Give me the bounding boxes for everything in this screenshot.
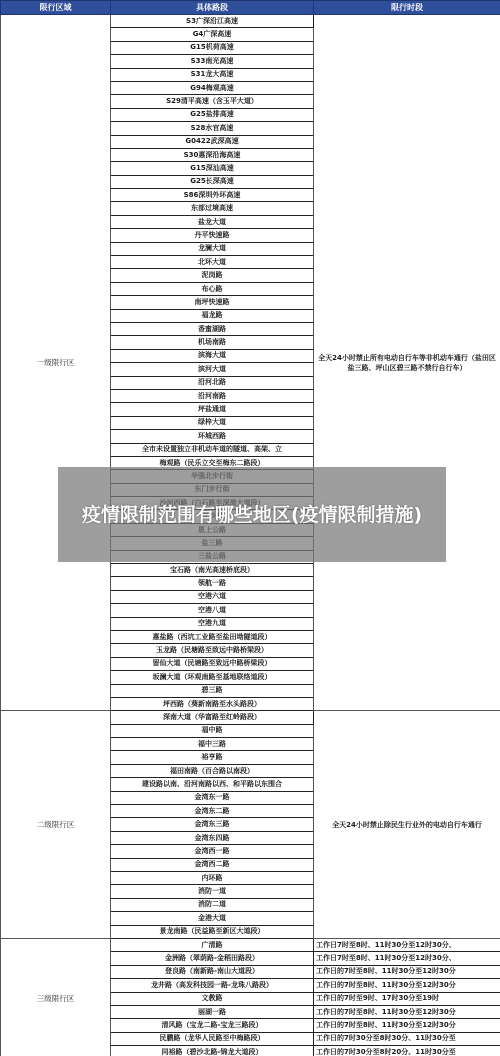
- road-cell: 泥岗路: [111, 269, 314, 282]
- road-cell: 同裕路（碧沙北路-锦龙大道段）: [111, 1046, 314, 1056]
- road-cell: 滨河大道: [111, 363, 314, 376]
- road-cell: S33南光高速: [111, 55, 314, 68]
- road-cell: 福田南路（百合路以南段）: [111, 764, 314, 777]
- road-cell: G25长深高速: [111, 175, 314, 188]
- road-cell: 全市未设置独立非机动车道的隧道、高架、立: [111, 443, 314, 456]
- road-cell: G4广深高速: [111, 28, 314, 41]
- header-region: 限行区域: [1, 1, 111, 15]
- level1-time-cell: 全天24小时禁止所有电动自行车等非机动车通行（盐田区盐三路、坪山区碧三路不禁行自…: [314, 15, 500, 711]
- road-cell: 北环大道: [111, 256, 314, 269]
- road-cell: 环城西路: [111, 430, 314, 443]
- road-cell: 福龙路: [111, 309, 314, 322]
- level3-region-label: 三级限行区: [1, 938, 111, 1056]
- road-cell: 深南大道（华富路至红岭路段）: [111, 711, 314, 724]
- time-cell: 工作日的7时至8时、11时30分至12时30分: [314, 1005, 500, 1018]
- road-cell: 广清路: [111, 938, 314, 951]
- road-cell: 沿河南路: [111, 389, 314, 402]
- road-cell: 龙澜大道: [111, 242, 314, 255]
- time-cell: 工作日的7时至8时、11时30分至12时30分: [314, 965, 500, 978]
- road-cell: G94梅观高速: [111, 81, 314, 94]
- road-cell: 福中三路: [111, 738, 314, 751]
- road-cell: 空港八道: [111, 604, 314, 617]
- road-cell: 金湾东二路: [111, 805, 314, 818]
- road-cell: 坪西路（葵新南路至水头路段）: [111, 697, 314, 710]
- road-cell: 碧三路: [111, 684, 314, 697]
- road-cell: G15深汕高速: [111, 162, 314, 175]
- road-cell: 金湾西一路: [111, 845, 314, 858]
- road-cell: S28水官高速: [111, 122, 314, 135]
- road-cell: 内环路: [111, 872, 314, 885]
- road-cell: 福中路: [111, 724, 314, 737]
- title-watermark-overlay: 疫情限制范围有哪些地区(疫情限制措施): [58, 467, 446, 562]
- table-header-row: 限行区域 具体路段 限行时段: [1, 1, 500, 15]
- road-cell: 民鹏路（龙华人民路至中梅路段）: [111, 1032, 314, 1045]
- level1-region-label: 一级限行区: [1, 15, 111, 711]
- road-cell: 裕亨路: [111, 751, 314, 764]
- road-cell: 金洲路（翠荫路-金稻田路段）: [111, 952, 314, 965]
- time-cell: 工作日的7时至9时、17时30分至19时: [314, 992, 500, 1005]
- road-cell: 清风路（宝龙二路-宝龙三路段）: [111, 1019, 314, 1032]
- watermark-title: 疫情限制范围有哪些地区(疫情限制措施): [76, 503, 428, 527]
- road-cell: 景龙南路（民益路至新区大道段）: [111, 925, 314, 938]
- road-cell: S30惠深沿海高速: [111, 148, 314, 161]
- time-cell: 工作日的7时30分至8时20分、11时30分至: [314, 1046, 500, 1056]
- time-cell: 工作日7时至8时、11时30分至12时30分、: [314, 938, 500, 951]
- road-cell: 宝石路（南光高速桥底段）: [111, 564, 314, 577]
- header-time: 限行时段: [314, 1, 500, 15]
- road-cell: G15机荷高速: [111, 41, 314, 54]
- level2-region-label: 二级限行区: [1, 711, 111, 939]
- road-cell: 留仙大道（民塘路至致远中路桥梁段）: [111, 657, 314, 670]
- table-row: 一级限行区S3广深沿江高速全天24小时禁止所有电动自行车等非机动车通行（盐田区盐…: [1, 15, 500, 28]
- road-cell: 金港大道: [111, 912, 314, 925]
- road-cell: S31龙大高速: [111, 68, 314, 81]
- road-cell: 沿河北路: [111, 376, 314, 389]
- time-cell: 工作日7时至8时、11时30分至12时30分、: [314, 952, 500, 965]
- road-cell: 登良路（南新路-南山大道段）: [111, 965, 314, 978]
- road-cell: 丽湖一路: [111, 1005, 314, 1018]
- road-cell: 坪盐通道: [111, 403, 314, 416]
- road-cell: 南坪快速路: [111, 296, 314, 309]
- road-cell: 消防一道: [111, 885, 314, 898]
- road-cell: 丹平快速路: [111, 229, 314, 242]
- road-cell: G0422武深高速: [111, 135, 314, 148]
- road-cell: 建设路以南、沿河南路以西、和平路以东围合: [111, 778, 314, 791]
- road-cell: 玉龙路（民塘路至致远中路桥梁段）: [111, 644, 314, 657]
- road-cell: 惠盐路（西坑工业路至盐田坳隧道段）: [111, 630, 314, 643]
- road-cell: 空港六道: [111, 590, 314, 603]
- road-cell: 消防二道: [111, 898, 314, 911]
- road-cell: 香蜜湖路: [111, 322, 314, 335]
- road-cell: 金湾东三路: [111, 818, 314, 831]
- road-cell: 金湾西二路: [111, 858, 314, 871]
- table-row: 三级限行区广清路工作日7时至8时、11时30分至12时30分、: [1, 938, 500, 951]
- time-cell: 工作日的7时至8时、11时30分至12时30分: [314, 979, 500, 992]
- road-cell: 龙井路（高发科技园一路-龙珠八路段）: [111, 979, 314, 992]
- level2-time-cell: 全天24小时禁止除民生行业外的电动自行车通行: [314, 711, 500, 939]
- road-cell: 滨海大道: [111, 349, 314, 362]
- road-cell: 空港九道: [111, 617, 314, 630]
- road-cell: 机场南路: [111, 336, 314, 349]
- road-cell: 文教路: [111, 992, 314, 1005]
- time-cell: 工作日的7时30分至8时30分、11时30分至: [314, 1032, 500, 1045]
- road-cell: 盐龙大道: [111, 215, 314, 228]
- road-cell: 金湾东四路: [111, 831, 314, 844]
- road-cell: 领航一路: [111, 577, 314, 590]
- road-cell: S86深圳外环高速: [111, 189, 314, 202]
- road-cell: S29清平高速（含玉平大道）: [111, 95, 314, 108]
- road-cell: S3广深沿江高速: [111, 15, 314, 28]
- time-cell: 工作日的7时至8时、11时30分至12时30分: [314, 1019, 500, 1032]
- road-cell: 绿梓大道: [111, 416, 314, 429]
- table-row: 二级限行区深南大道（华富路至红岭路段）全天24小时禁止除民生行业外的电动自行车通…: [1, 711, 500, 724]
- road-cell: 布心路: [111, 282, 314, 295]
- road-cell: 金湾东一路: [111, 791, 314, 804]
- road-cell: 东部过境高速: [111, 202, 314, 215]
- road-cell: 坂澜大道（环观南路至基地联络道段）: [111, 671, 314, 684]
- header-road: 具体路段: [111, 1, 314, 15]
- road-cell: G25盐排高速: [111, 108, 314, 121]
